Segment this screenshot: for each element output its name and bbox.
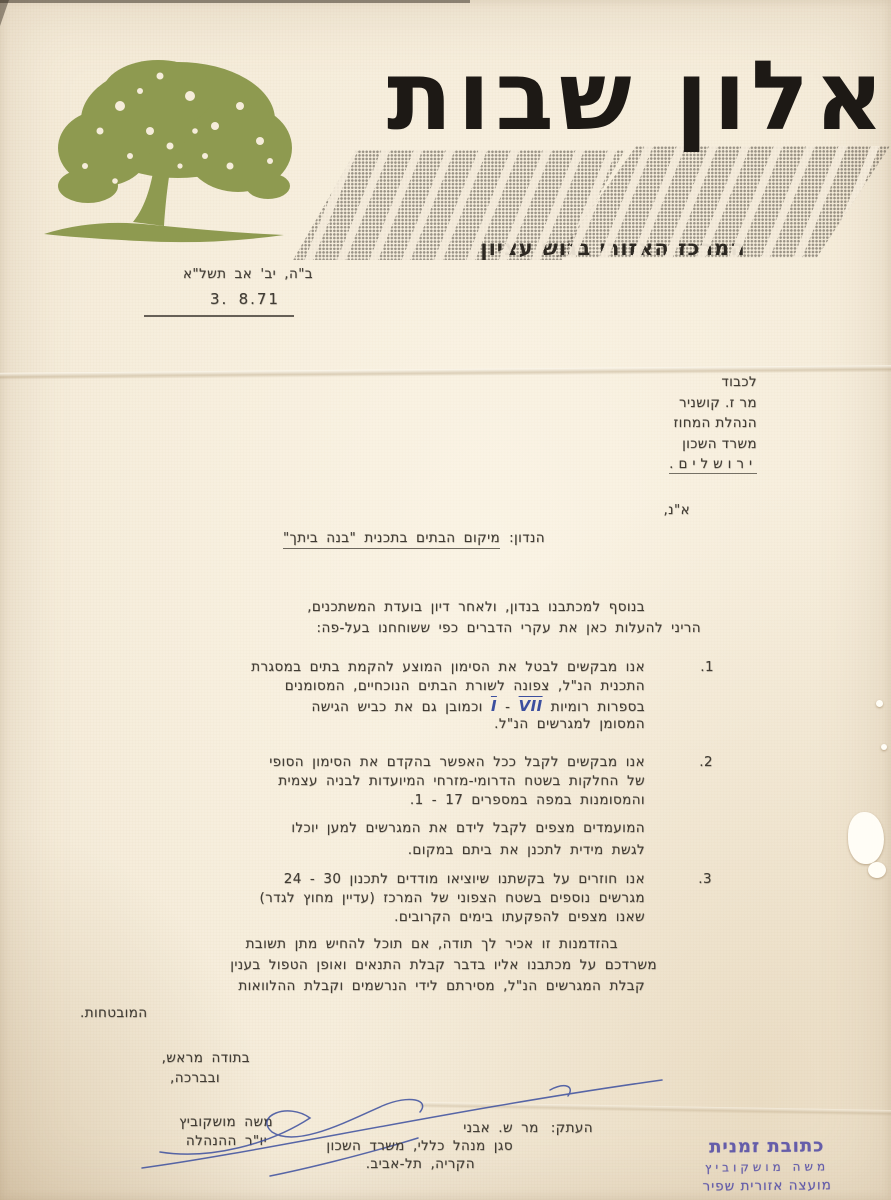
- greeting: א"נ,: [663, 502, 690, 518]
- hebrew-date-line: ב"ה, יב' אב תשל"א: [183, 266, 313, 282]
- paper-damage-hole: [876, 700, 883, 707]
- body-line: לגשת מידית לתכנן את ביתם במקום.: [408, 842, 645, 858]
- body-line: בנוסף למכתבנו בנדון, ולאחר דיון בועדת המ…: [307, 599, 645, 615]
- subject-label: הנדון:: [509, 530, 545, 546]
- addressee-line: משרד השכון: [669, 434, 757, 455]
- item-number: 3.: [698, 871, 712, 887]
- corner-fold-mark: [0, 0, 9, 26]
- body-line: קבלת המגרשים הנ"ל, מסירתם לידי הנרשמים ו…: [238, 978, 645, 994]
- roman-line-prefix: בספרות רומיות: [551, 699, 645, 715]
- copy-line: סגן מנהל כללי, משרד השכון: [326, 1138, 513, 1154]
- paper-damage-hole: [868, 862, 886, 878]
- roman-dash: -: [505, 699, 510, 715]
- scanned-letter-page: אלון שבות המרכז האזורי בגוש עציון: [0, 0, 891, 1200]
- masthead-title: אלון שבות: [387, 40, 889, 152]
- copy-label: העתק:: [551, 1120, 593, 1136]
- body-line: אנו חוזרים על בקשתנו שיוציאו מודדים לתכנ…: [284, 871, 645, 887]
- date-underline: [144, 315, 294, 317]
- ink-stamp: כתובת זמנית משה מושקוביץ מועצה אזורית שפ…: [687, 1135, 848, 1195]
- body-line: משרדכם על מכתבנו אליו בדבר קבלת התנאים ו…: [230, 957, 657, 973]
- body-line: של החלקות בשטח הדרומי-מזרחי המיועדות לבנ…: [278, 773, 645, 789]
- handwritten-roman-numeral: VII: [519, 697, 543, 715]
- paper-damage-hole: [848, 812, 884, 864]
- body-line: והמסומנות במפה במספרים 17 - 1.: [410, 792, 645, 808]
- body-line: שאנו מצפים להפקעתו בימים הקרובים.: [394, 909, 645, 925]
- body-line: המועמדים מצפים לקבל לידם את המגרשים למען…: [291, 820, 645, 836]
- copy-name: מר ש. אבני: [463, 1120, 538, 1136]
- copy-line: העתק:מר ש. אבני: [463, 1120, 593, 1136]
- subject-line: הנדון:מיקום הבתים בתכנית "בנה ביתך": [283, 530, 545, 546]
- stamp-name: משה מושקוביץ: [687, 1159, 847, 1175]
- oak-tree-icon: [30, 36, 302, 268]
- addressee-line: לכבוד: [669, 372, 757, 393]
- body-line: המסומן למגרשים הנ"ל.: [494, 716, 645, 732]
- body-line: המובטחות.: [80, 1005, 148, 1021]
- scan-edge-shadow: [0, 0, 470, 3]
- body-line-with-roman-numerals: בספרות רומיות I - VII וכמובן גם את כביש …: [311, 697, 645, 715]
- body-line: בהזדמנות זו אכיר לך תודה, אם תוכל להחיש …: [246, 936, 618, 952]
- addressee-block: לכבוד מר ז. קושניר הנהלת המחוז משרד השכו…: [669, 372, 757, 475]
- civil-date: 3. 8.71: [210, 290, 280, 308]
- subject-text: מיקום הבתים בתכנית "בנה ביתך": [283, 530, 500, 549]
- item-number: 1.: [700, 659, 714, 675]
- roman-line-suffix: וכמובן גם את כביש הגישה: [311, 699, 482, 715]
- handwritten-roman-numeral: I: [491, 697, 497, 715]
- fold-crease-upper: [0, 365, 891, 380]
- body-line: הריני להעלות כאן את עקרי הדברים כפי ששוח…: [317, 620, 702, 636]
- body-line: מגרשים נוספים בשטח הצפוני של המרכז (עדיי…: [260, 890, 646, 906]
- addressee-line: מר ז. קושניר: [669, 393, 757, 414]
- body-line: אנו מבקשים לבטל את הסימון המוצע להקמת בת…: [251, 659, 645, 675]
- stamp-council: מועצה אזורית שפיר: [687, 1177, 847, 1195]
- stamp-heading: כתובת זמנית: [687, 1135, 847, 1158]
- item-number: 2.: [699, 754, 713, 770]
- oak-tree-logo: [30, 36, 302, 268]
- body-line: אנו מבקשים לקבל ככל האפשר בהקדם את הסימו…: [269, 754, 645, 770]
- copy-line: הקריה, תל-אביב.: [366, 1156, 475, 1172]
- addressee-line: הנהלת המחוז: [669, 413, 757, 434]
- paper-damage-hole: [881, 744, 887, 750]
- body-line: התכנית הנ"ל, צפונה לשורת הבתים הנוכחיים,…: [285, 678, 645, 694]
- addressee-city: ירושלים.: [669, 456, 757, 474]
